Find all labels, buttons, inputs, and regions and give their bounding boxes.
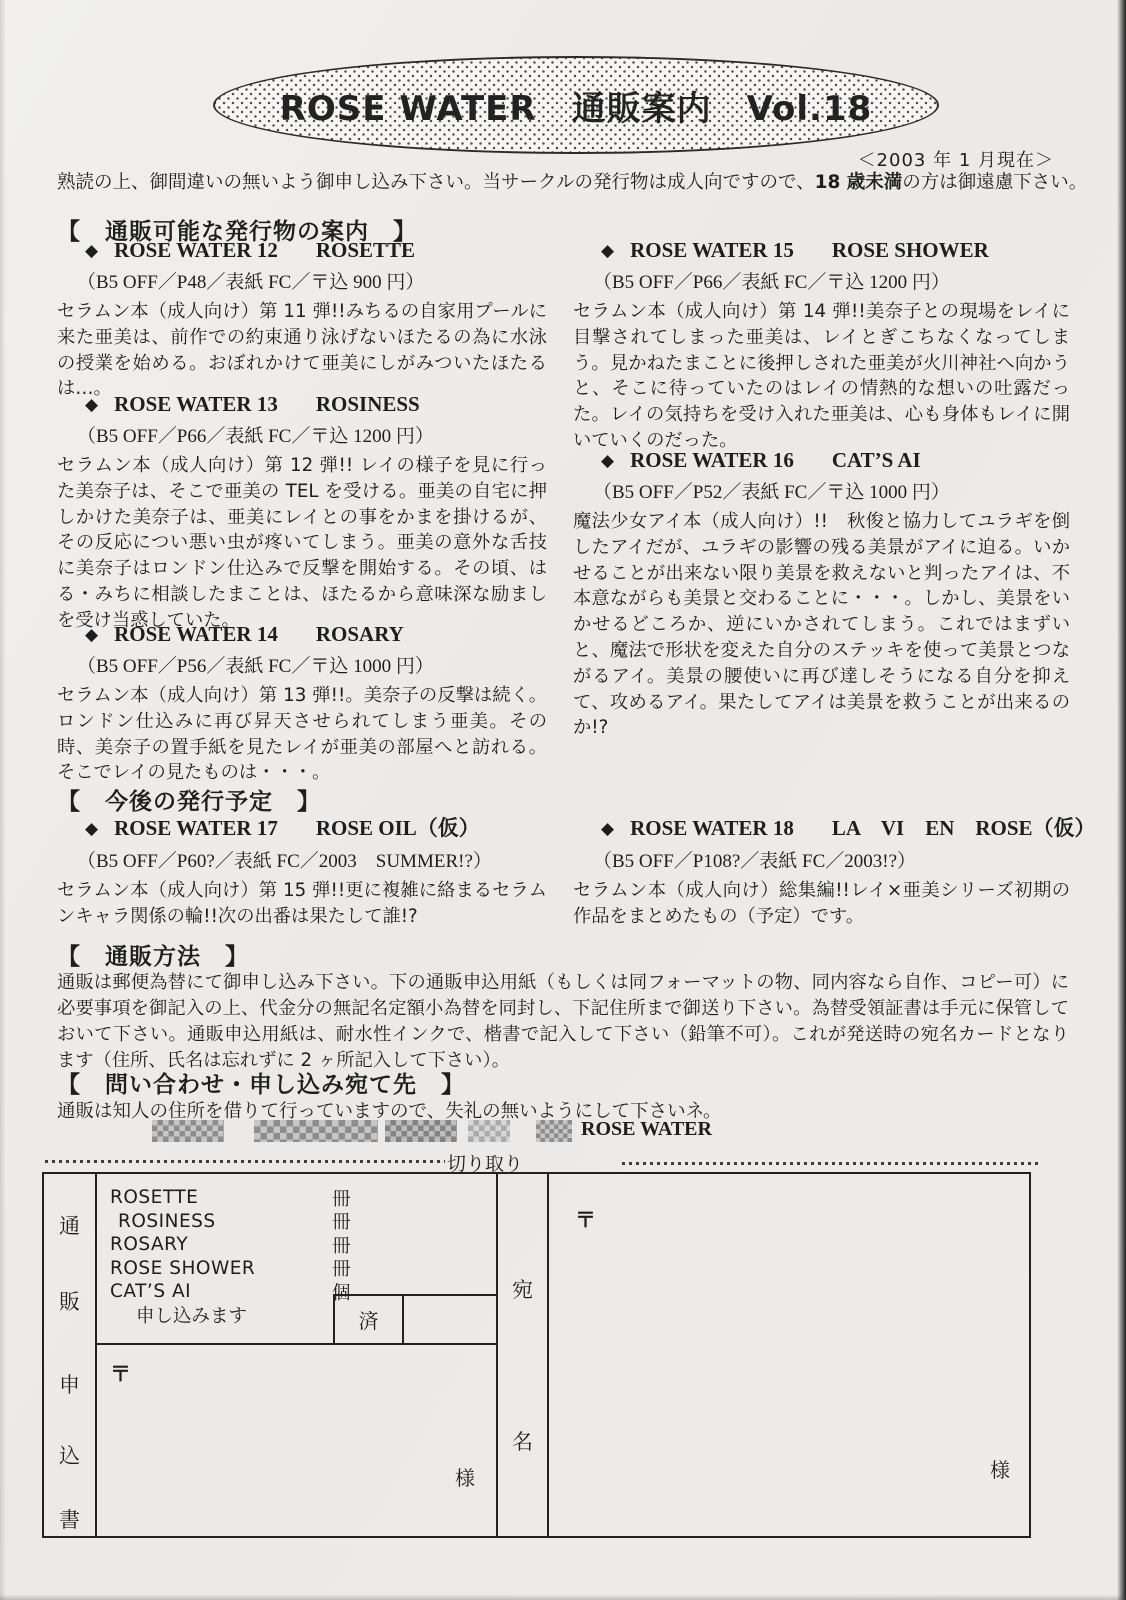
order-form-left-box: 通 販 申 込 書 ROSETTE冊 ROSINESS冊 ROSARY冊 ROS… bbox=[42, 1172, 498, 1538]
publication-spec: （B5 OFF／P66／表紙 FC／〒込 1200 円） bbox=[57, 421, 547, 448]
scan-edge-right bbox=[1117, 0, 1126, 1600]
publication-spec: （B5 OFF／P56／表紙 FC／〒込 1000 円） bbox=[57, 651, 547, 678]
publication-name: ROSE WATER 14 bbox=[114, 622, 278, 646]
addressee-label-column: 宛 名 bbox=[496, 1172, 549, 1538]
side-label-char: 通 bbox=[44, 1210, 95, 1240]
form-divider-line bbox=[97, 1343, 496, 1345]
publication-item-rw17: ◆ROSE WATER 17ROSE OIL（仮） （B5 OFF／P60?／表… bbox=[57, 812, 547, 930]
diamond-bullet-icon: ◆ bbox=[601, 451, 614, 471]
publication-subtitle: ROSE OIL（仮） bbox=[316, 816, 480, 840]
diamond-bullet-icon: ◆ bbox=[85, 395, 98, 415]
order-form-right-box: 〒 様 bbox=[547, 1172, 1031, 1538]
publication-subtitle: CAT’S AI bbox=[832, 448, 921, 472]
publication-item-rw15: ◆ROSE WATER 15ROSE SHOWER （B5 OFF／P66／表紙… bbox=[573, 238, 1070, 454]
publication-item-rw14: ◆ROSE WATER 14ROSARY （B5 OFF／P56／表紙 FC／〒… bbox=[57, 622, 547, 786]
sender-name: ROSE WATER bbox=[581, 1118, 712, 1141]
order-item-unit: 冊 bbox=[332, 1208, 351, 1234]
order-row: ROSETTE冊 bbox=[110, 1186, 351, 1210]
redacted-address-block bbox=[385, 1120, 457, 1142]
order-item-name: ROSETTE bbox=[110, 1187, 332, 1208]
order-item-unit: 冊 bbox=[332, 1185, 351, 1211]
diamond-bullet-icon: ◆ bbox=[85, 241, 98, 261]
howto-body: 通販は郵便為替にて御申し込み下さい。下の通販申込用紙（もしくは同フォーマットの物… bbox=[57, 970, 1069, 1074]
publication-spec: （B5 OFF／P52／表紙 FC／〒込 1000 円） bbox=[573, 477, 1070, 504]
publication-item-rw16: ◆ROSE WATER 16CAT’S AI （B5 OFF／P52／表紙 FC… bbox=[573, 448, 1070, 741]
honorific-sama: 様 bbox=[990, 1454, 1010, 1483]
publication-spec: （B5 OFF／P48／表紙 FC／〒込 900 円） bbox=[57, 267, 547, 294]
intro-age-restriction: 18 歳未満 bbox=[815, 172, 903, 193]
order-item-list: ROSETTE冊 ROSINESS冊 ROSARY冊 ROSE SHOWER冊 … bbox=[110, 1186, 351, 1327]
side-label-char: 申 bbox=[44, 1369, 95, 1399]
cut-line-right bbox=[622, 1162, 1042, 1165]
redacted-address-block bbox=[254, 1120, 378, 1142]
redacted-address-block bbox=[536, 1120, 572, 1142]
publication-name: ROSE WATER 18 bbox=[630, 816, 794, 840]
addressee-char: 名 bbox=[498, 1426, 547, 1456]
publication-title: ◆ROSE WATER 15ROSE SHOWER bbox=[573, 238, 1070, 263]
publication-subtitle: ROSINESS bbox=[316, 392, 420, 416]
publication-name: ROSE WATER 15 bbox=[630, 238, 794, 262]
publication-name: ROSE WATER 12 bbox=[114, 238, 278, 262]
publication-item-rw12: ◆ROSE WATER 12ROSETTE （B5 OFF／P48／表紙 FC／… bbox=[57, 238, 547, 402]
publication-description: セラムン本（成人向け）第 13 弾!!。美奈子の反撃は続く。ロンドン仕込みに再び… bbox=[57, 683, 547, 786]
form-side-label: 通 販 申 込 書 bbox=[44, 1174, 97, 1536]
order-item-name: ROSARY bbox=[110, 1234, 332, 1255]
redacted-address-block bbox=[152, 1120, 224, 1142]
publication-title: ◆ROSE WATER 14ROSARY bbox=[57, 622, 547, 647]
publication-name: ROSE WATER 13 bbox=[114, 392, 278, 416]
honorific-sama: 様 bbox=[455, 1462, 475, 1491]
diamond-bullet-icon: ◆ bbox=[85, 819, 98, 839]
order-row: CAT’S AI個 bbox=[110, 1280, 351, 1304]
postal-mark: 〒 bbox=[110, 1358, 131, 1388]
intro-post: の方は御遠慮下さい。 bbox=[902, 172, 1087, 193]
contact-address-line: ROSE WATER bbox=[0, 1118, 1126, 1144]
side-label-char: 販 bbox=[44, 1286, 95, 1316]
apply-label: 申し込みます bbox=[110, 1304, 351, 1328]
side-label-char: 書 bbox=[44, 1504, 95, 1534]
page-title: ROSE WATER 通販案内 Vol.18 bbox=[280, 81, 873, 130]
publication-description: セラムン本（成人向け）総集編!!レイ×亜美シリーズ初期の作品をまとめたもの（予定… bbox=[573, 878, 1070, 930]
publication-title: ◆ROSE WATER 17ROSE OIL（仮） bbox=[57, 812, 547, 842]
publication-subtitle: ROSETTE bbox=[316, 238, 415, 262]
intro-line: 熟読の上、御間違いの無いよう御申し込み下さい。当サークルの発行物は成人向ですので… bbox=[57, 168, 1087, 194]
scan-edge-left bbox=[0, 0, 6, 1600]
order-item-name: ROSINESS bbox=[110, 1211, 332, 1232]
publication-title: ◆ROSE WATER 13ROSINESS bbox=[57, 392, 547, 417]
publication-description: セラムン本（成人向け）第 11 弾!!みちるの自家用プールに来た亜美は、前作での… bbox=[57, 299, 547, 402]
order-row: ROSARY冊 bbox=[110, 1233, 351, 1257]
publication-spec: （B5 OFF／P66／表紙 FC／〒込 1200 円） bbox=[573, 267, 1070, 294]
side-label-char: 込 bbox=[44, 1440, 95, 1470]
publication-title: ◆ROSE WATER 18LA VI EN ROSE（仮） bbox=[573, 812, 1070, 842]
intro-pre: 熟読の上、御間違いの無いよう御申し込み下さい。当サークルの発行物は成人向ですので… bbox=[57, 172, 815, 193]
publication-spec: （B5 OFF／P60?／表紙 FC／2003 SUMMER!?） bbox=[57, 846, 547, 873]
publication-description: 魔法少女アイ本（成人向け）!! 秋俊と協力してユラギを倒したアイだが、ユラギの影… bbox=[573, 509, 1070, 741]
order-item-unit: 冊 bbox=[332, 1232, 351, 1258]
publication-description: セラムン本（成人向け）第 12 弾!! レイの様子を見に行った美奈子は、そこで亜… bbox=[57, 453, 547, 634]
publication-name: ROSE WATER 17 bbox=[114, 816, 278, 840]
postal-mark: 〒 bbox=[575, 1204, 596, 1234]
publication-description: セラムン本（成人向け）第 14 弾!!美奈子との現場をレイに目撃されてしまった亜… bbox=[573, 299, 1070, 454]
addressee-char: 宛 bbox=[498, 1274, 547, 1304]
publication-subtitle: ROSE SHOWER bbox=[832, 238, 989, 262]
publication-item-rw13: ◆ROSE WATER 13ROSINESS （B5 OFF／P66／表紙 FC… bbox=[57, 392, 547, 634]
order-item-unit: 冊 bbox=[332, 1255, 351, 1281]
cut-line-left bbox=[45, 1160, 445, 1163]
publication-subtitle: LA VI EN ROSE（仮） bbox=[832, 816, 1096, 840]
publication-spec: （B5 OFF／P108?／表紙 FC／2003!?） bbox=[573, 846, 1070, 873]
payment-done-box: 済 bbox=[333, 1294, 498, 1345]
publication-description: セラムン本（成人向け）第 15 弾!!更に複雑に絡まるセラムンキャラ関係の輪!!… bbox=[57, 878, 547, 930]
publication-name: ROSE WATER 16 bbox=[630, 448, 794, 472]
order-item-name: ROSE SHOWER bbox=[110, 1258, 332, 1279]
order-row: ROSE SHOWER冊 bbox=[110, 1257, 351, 1281]
diamond-bullet-icon: ◆ bbox=[85, 625, 98, 645]
section-heading-howto: 【 通販方法 】 bbox=[57, 938, 249, 971]
order-row: ROSINESS冊 bbox=[110, 1210, 351, 1234]
publication-title: ◆ROSE WATER 16CAT’S AI bbox=[573, 448, 1070, 473]
paid-label-cell: 済 bbox=[335, 1296, 404, 1343]
publication-subtitle: ROSARY bbox=[316, 622, 404, 646]
title-banner: ROSE WATER 通販案内 Vol.18 bbox=[213, 56, 939, 154]
section-heading-contact: 【 問い合わせ・申し込み宛て先 】 bbox=[57, 1066, 465, 1099]
redacted-address-block bbox=[468, 1120, 510, 1142]
scan-edge-bottom bbox=[0, 1594, 1126, 1600]
diamond-bullet-icon: ◆ bbox=[601, 819, 614, 839]
publication-item-rw18: ◆ROSE WATER 18LA VI EN ROSE（仮） （B5 OFF／P… bbox=[573, 812, 1070, 930]
order-form: 通 販 申 込 書 ROSETTE冊 ROSINESS冊 ROSARY冊 ROS… bbox=[42, 1172, 1031, 1538]
order-item-name: CAT’S AI bbox=[110, 1281, 332, 1302]
publication-title: ◆ROSE WATER 12ROSETTE bbox=[57, 238, 547, 263]
diamond-bullet-icon: ◆ bbox=[601, 241, 614, 261]
scanned-order-page: ROSE WATER 通販案内 Vol.18 ＜2003 年 1 月現在＞ 熟読… bbox=[0, 0, 1126, 1600]
